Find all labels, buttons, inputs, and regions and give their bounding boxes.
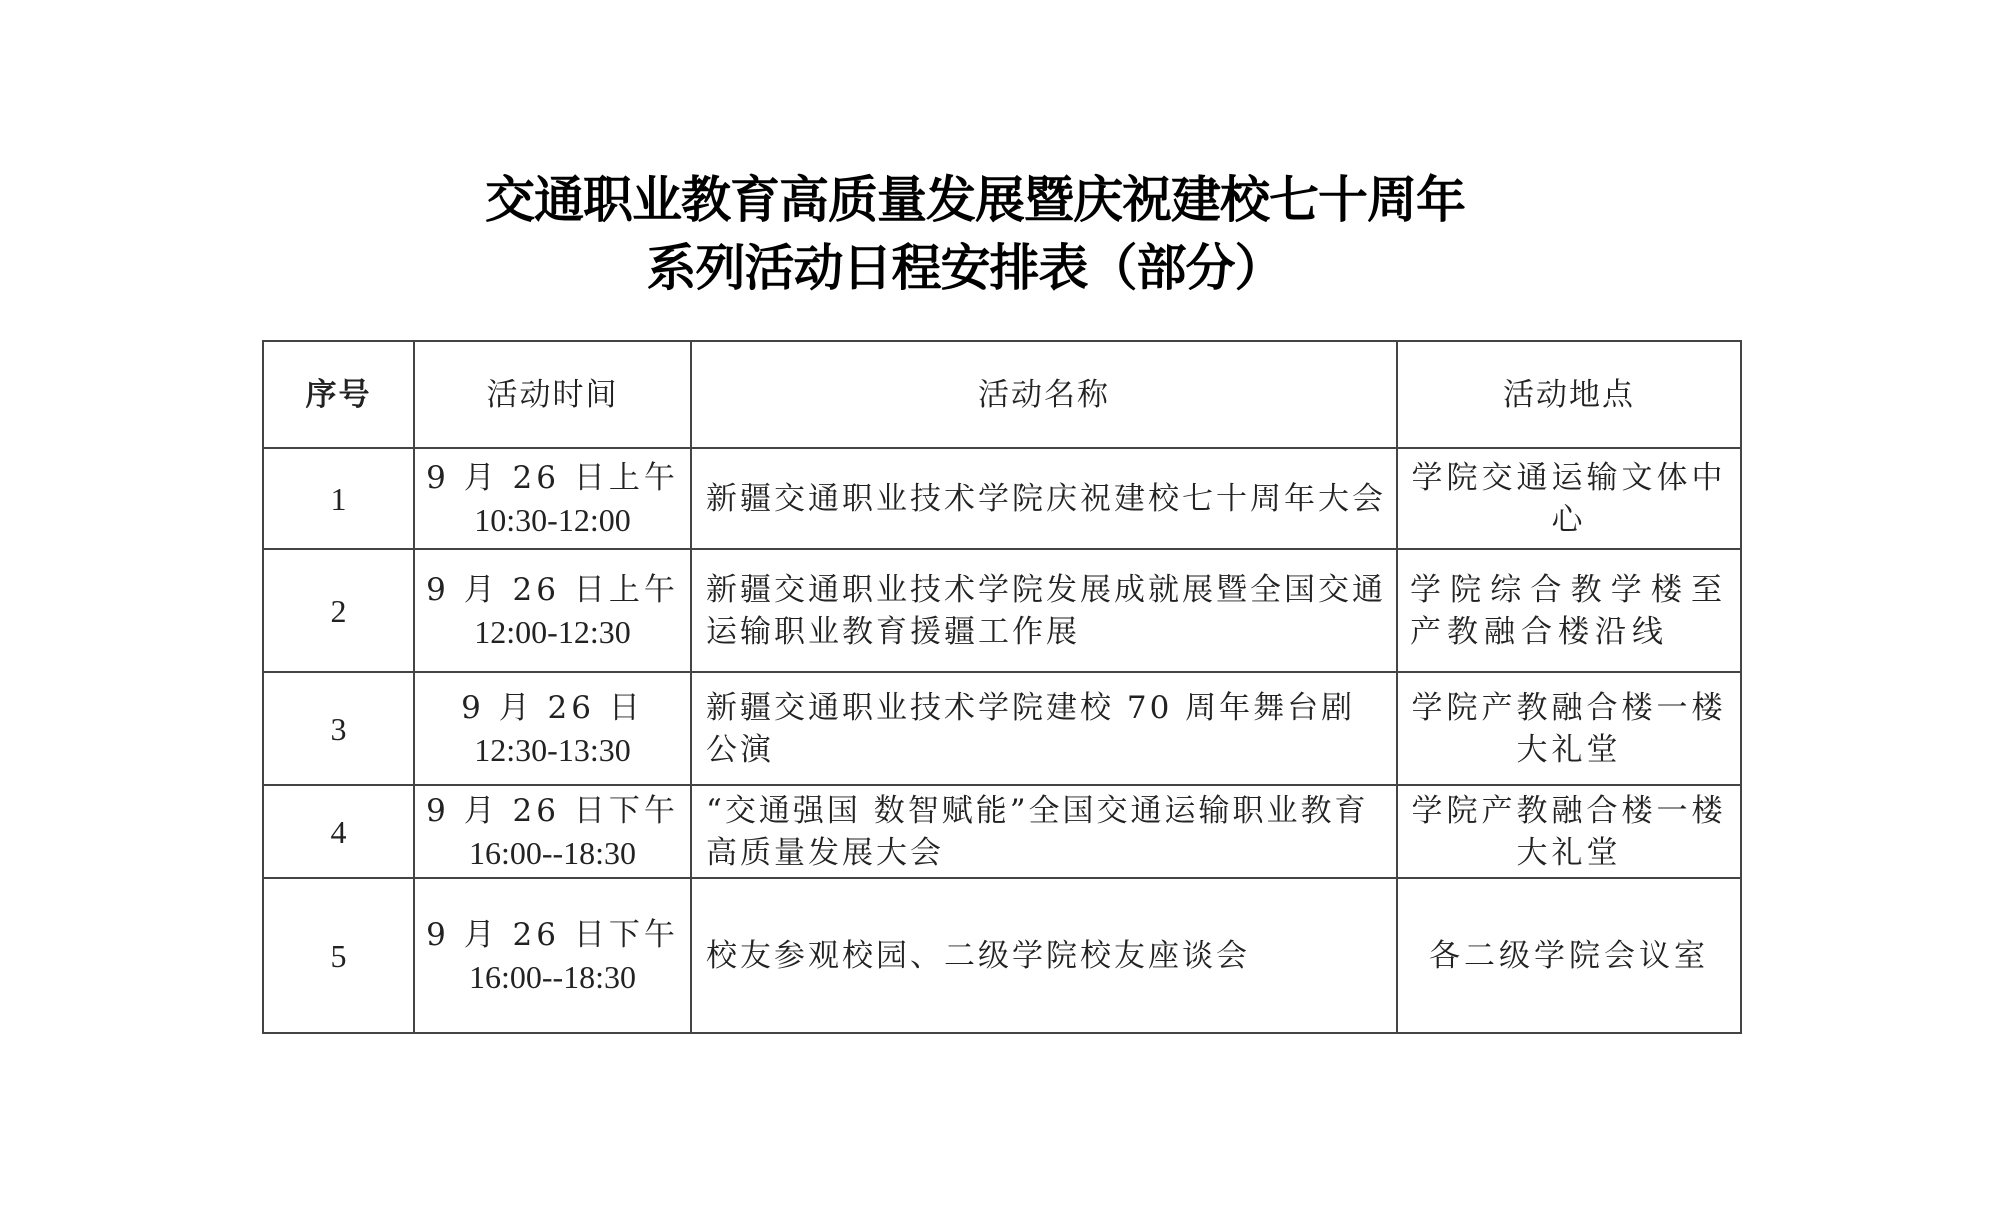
time-range: 12:00-12:30	[415, 611, 690, 653]
header-seq: 序号	[263, 341, 414, 448]
time-date: 9 月 26 日下午	[415, 790, 690, 832]
table-row: 3 9 月 26 日 12:30-13:30 新疆交通职业技术学院建校 70 周…	[263, 672, 1741, 785]
row-seq: 3	[263, 672, 414, 785]
row-activity-name: 新疆交通职业技术学院建校 70 周年舞台剧公演	[691, 672, 1397, 785]
time-date: 9 月 26 日上午	[415, 569, 690, 611]
row-seq: 4	[263, 785, 414, 878]
row-activity-name: 新疆交通职业技术学院发展成就展暨全国交通运输职业教育援疆工作展	[691, 549, 1397, 672]
row-time: 9 月 26 日下午 16:00--18:30	[414, 878, 691, 1033]
document-title-line-1: 交通职业教育高质量发展暨庆祝建校七十周年	[0, 170, 1975, 230]
row-location: 学院交通运输文体中心	[1397, 448, 1741, 549]
row-location: 学院综合教学楼至产教融合楼沿线	[1397, 549, 1741, 672]
row-activity-name: 校友参观校园、二级学院校友座谈会	[691, 878, 1397, 1033]
row-time: 9 月 26 日下午 16:00--18:30	[414, 785, 691, 878]
time-range: 10:30-12:00	[415, 499, 690, 541]
header-time: 活动时间	[414, 341, 691, 448]
row-time: 9 月 26 日上午 10:30-12:00	[414, 448, 691, 549]
schedule-table: 序号 活动时间 活动名称 活动地点 1 9 月 26 日上午 10:30-12:…	[262, 340, 1742, 1034]
table-row: 2 9 月 26 日上午 12:00-12:30 新疆交通职业技术学院发展成就展…	[263, 549, 1741, 672]
time-range: 12:30-13:30	[415, 729, 690, 771]
time-date: 9 月 26 日下午	[415, 914, 690, 956]
time-range: 16:00--18:30	[415, 832, 690, 874]
table-header-row: 序号 活动时间 活动名称 活动地点	[263, 341, 1741, 448]
row-seq: 2	[263, 549, 414, 672]
row-location: 学院产教融合楼一楼大礼堂	[1397, 785, 1741, 878]
table-row: 4 9 月 26 日下午 16:00--18:30 “交通强国 数智赋能”全国交…	[263, 785, 1741, 878]
row-activity-name: 新疆交通职业技术学院庆祝建校七十周年大会	[691, 448, 1397, 549]
time-date: 9 月 26 日上午	[415, 457, 690, 499]
table-row: 1 9 月 26 日上午 10:30-12:00 新疆交通职业技术学院庆祝建校七…	[263, 448, 1741, 549]
row-seq: 1	[263, 448, 414, 549]
header-location: 活动地点	[1397, 341, 1741, 448]
row-location: 学院产教融合楼一楼大礼堂	[1397, 672, 1741, 785]
header-name: 活动名称	[691, 341, 1397, 448]
time-date: 9 月 26 日	[415, 687, 690, 729]
table-row: 5 9 月 26 日下午 16:00--18:30 校友参观校园、二级学院校友座…	[263, 878, 1741, 1033]
document-title-line-2: 系列活动日程安排表（部分）	[0, 238, 1965, 298]
time-range: 16:00--18:30	[415, 956, 690, 998]
row-time: 9 月 26 日 12:30-13:30	[414, 672, 691, 785]
row-location: 各二级学院会议室	[1397, 878, 1741, 1033]
row-seq: 5	[263, 878, 414, 1033]
row-activity-name: “交通强国 数智赋能”全国交通运输职业教育高质量发展大会	[691, 785, 1397, 878]
row-time: 9 月 26 日上午 12:00-12:30	[414, 549, 691, 672]
